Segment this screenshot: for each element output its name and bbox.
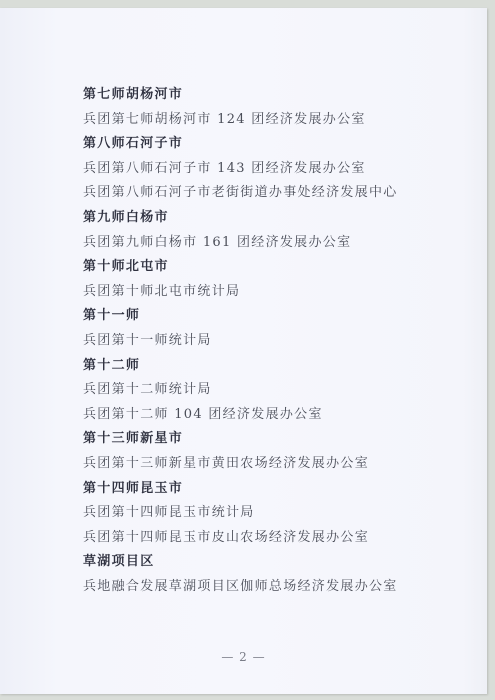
page-number: — 2 — <box>0 650 487 664</box>
section-heading: 草湖项目区 <box>83 550 463 575</box>
list-item: 兵团第十四师昆玉市皮山农场经济发展办公室 <box>83 526 463 551</box>
list-item: 兵团第九师白杨市 161 团经济发展办公室 <box>83 231 463 256</box>
section-heading: 第十四师昆玉市 <box>83 477 463 502</box>
section-heading: 第九师白杨市 <box>83 206 463 231</box>
list-item: 兵团第十一师统计局 <box>83 329 463 354</box>
document-page: 第七师胡杨河市 兵团第七师胡杨河市 124 团经济发展办公室 第八师石河子市 兵… <box>0 8 487 694</box>
section-heading: 第七师胡杨河市 <box>83 83 463 108</box>
section-heading: 第十三师新星市 <box>83 427 463 452</box>
list-item: 兵地融合发展草湖项目区伽师总场经济发展办公室 <box>83 575 463 600</box>
list-item: 兵团第十三师新星市黄田农场经济发展办公室 <box>83 452 463 477</box>
list-item: 兵团第八师石河子市老街街道办事处经济发展中心 <box>83 181 463 206</box>
list-item: 兵团第十四师昆玉市统计局 <box>83 501 463 526</box>
list-item: 兵团第十师北屯市统计局 <box>83 280 463 305</box>
section-heading: 第十师北屯市 <box>83 255 463 280</box>
list-item: 兵团第十二师 104 团经济发展办公室 <box>83 403 463 428</box>
list-item: 兵团第八师石河子市 143 团经济发展办公室 <box>83 157 463 182</box>
section-heading: 第十一师 <box>83 304 463 329</box>
document-body: 第七师胡杨河市 兵团第七师胡杨河市 124 团经济发展办公室 第八师石河子市 兵… <box>83 83 463 599</box>
section-heading: 第十二师 <box>83 354 463 379</box>
list-item: 兵团第十二师统计局 <box>83 378 463 403</box>
section-heading: 第八师石河子市 <box>83 132 463 157</box>
list-item: 兵团第七师胡杨河市 124 团经济发展办公室 <box>83 108 463 133</box>
